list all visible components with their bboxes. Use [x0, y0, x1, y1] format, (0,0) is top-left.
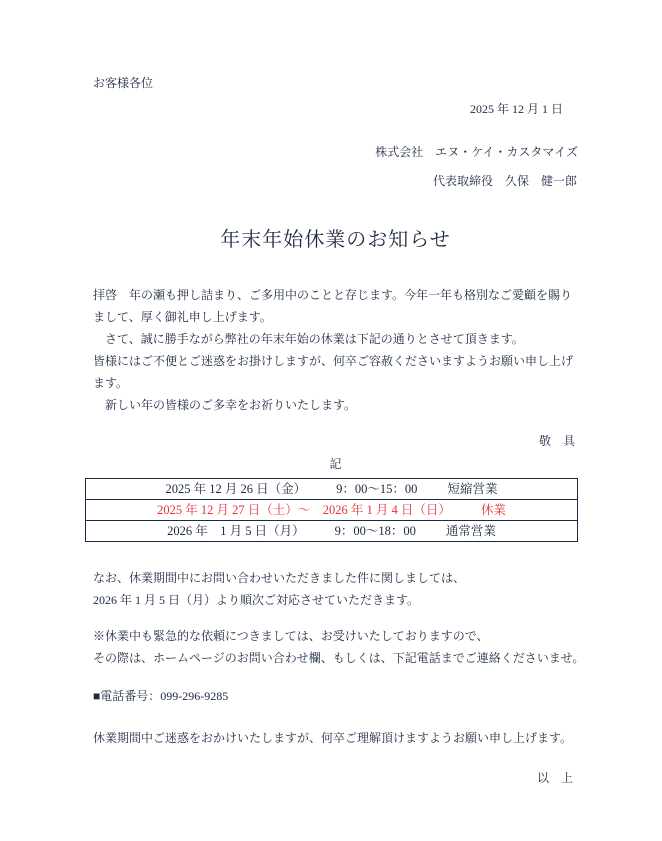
schedule-row-closed-period: 2025 年 12 月 27 日（土）～ 2026 年 1 月 4 日（日） 休…	[86, 500, 577, 521]
note-line: なお、休業期間中にお問い合わせいただきました件に関しましては、	[93, 567, 578, 589]
inquiry-response-note: なお、休業期間中にお問い合わせいただきました件に関しましては、 2026 年 1…	[93, 567, 578, 611]
body-line: まして、厚く御礼申し上げます。	[93, 306, 578, 328]
status-cell: 休業	[481, 500, 506, 520]
body-line: 新しい年の皆様のご多幸をお祈りいたします。	[93, 394, 578, 416]
body-line: 拝啓 年の瀬も押し詰まり、ご多用中のことと存じます。今年一年も格別なご愛顧を賜り	[93, 284, 578, 306]
phone-line: ■電話番号：099-296-9285	[93, 685, 578, 707]
status-cell: 通常営業	[446, 521, 496, 541]
schedule-row-shortened-hours: 2025 年 12 月 26 日（金） 9：00～15：00 短縮営業	[86, 479, 577, 500]
representative-name: 代表取締役 久保 健一郎	[93, 170, 578, 192]
hours-cell: 9：00～18：00	[335, 521, 416, 541]
body-line: ます。	[93, 372, 578, 394]
schedule-table: 2025 年 12 月 26 日（金） 9：00～15：00 短縮営業 2025…	[85, 478, 578, 542]
status-cell: 短縮営業	[447, 479, 497, 499]
body-line: さて、誠に勝手ながら弊社の年末年始の休業は下記の通りとさせて頂きます。	[93, 328, 578, 350]
note-line: 2026 年 1 月 5 日（月）より順次ご対応させていただきます。	[93, 589, 578, 611]
phone-label: ■電話番号：	[93, 689, 160, 703]
body-line: 皆様にはご不便とご迷惑をお掛けしますが、何卒ご容赦くださいますようお願い申し上げ	[93, 350, 578, 372]
period-cell: 2025 年 12 月 27 日（土）～ 2026 年 1 月 4 日（日）	[157, 500, 451, 520]
document-title: 年末年始休業のお知らせ	[93, 226, 578, 254]
closing-word: 敬 具	[93, 430, 578, 452]
emergency-request-note: ※休業中も緊急的な依頼につきましては、お受けいたしておりますので、 その際は、ホ…	[93, 625, 578, 669]
note-line: ※休業中も緊急的な依頼につきましては、お受けいたしておりますので、	[93, 625, 578, 647]
apology-line: 休業期間中ご迷惑をおかけいたしますが、何卒ご理解頂けますようお願い申し上げます。	[93, 727, 578, 749]
greeting-paragraph: 拝啓 年の瀬も押し詰まり、ご多用中のことと存じます。今年一年も格別なご愛顧を賜り…	[93, 284, 578, 416]
period-cell: 2025 年 12 月 26 日（金）	[166, 479, 307, 499]
period-cell: 2026 年 1 月 5 日（月）	[167, 521, 305, 541]
company-name: 株式会社 エヌ・ケイ・カスタマイズ	[93, 141, 578, 163]
schedule-row-normal-hours: 2026 年 1 月 5 日（月） 9：00～18：00 通常営業	[86, 521, 577, 541]
holiday-notice-document: お客様各位 2025 年 12 月 1 日 株式会社 エヌ・ケイ・カスタマイズ …	[0, 0, 662, 841]
issue-date: 2025 年 12 月 1 日	[93, 98, 578, 120]
recipient-line: お客様各位	[93, 72, 578, 94]
hours-cell: 9：00～15：00	[336, 479, 417, 499]
phone-number: 099-296-9285	[160, 689, 228, 703]
note-line: その際は、ホームページのお問い合わせ欄、もしくは、下記電話までご連絡くださいませ…	[93, 647, 578, 669]
end-marker: 以 上	[93, 767, 578, 789]
record-marker: 記	[93, 453, 578, 475]
